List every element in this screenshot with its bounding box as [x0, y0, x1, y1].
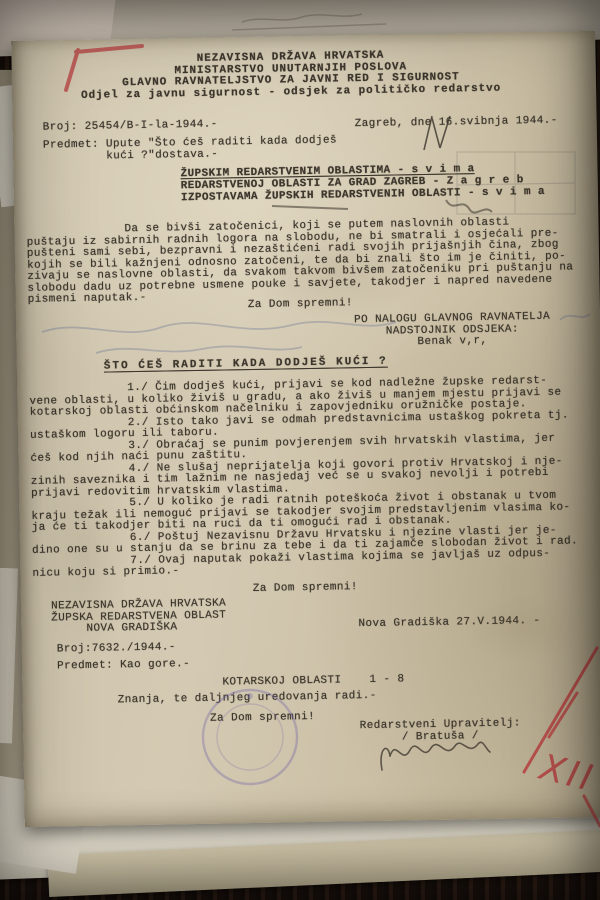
second-reference-number: Broj:7632./1944.- — [57, 642, 176, 656]
subject-line: Predmet: Upute "Što ćeš raditi kada dodj… — [43, 135, 337, 163]
body-paragraph: Da se bivši zatočenici, koji se putem na… — [26, 216, 593, 306]
letterhead: NEZAVISNA DRŽAVA HRVATSKA MINISTARSTVO U… — [11, 47, 570, 103]
instructions-title: ŠTO ĆEŠ RADITI KADA DODJEŠ KUĆI ? — [104, 357, 388, 373]
second-org-block: NEZAVISNA DRŽAVA HRVATSKA ŽUPSKA REDARST… — [51, 598, 227, 636]
salutation-1: Za Dom spremni! — [248, 298, 353, 311]
document-page: NEZAVISNA DRŽAVA HRVATSKA MINISTARSTVO U… — [11, 31, 600, 827]
salutation-2: Za Dom spremni! — [253, 582, 358, 595]
salutation-3: Za Dom spremni! — [210, 712, 315, 725]
second-subject-line: Predmet: Kao gore.- — [57, 659, 190, 673]
photo-of-document: NEZAVISNA DRŽAVA HRVATSKA MINISTARSTVO U… — [0, 0, 600, 900]
signoff-block: PO NALOGU GLAVNOG RAVNATELJA NADSTOJNIK … — [316, 311, 589, 350]
instruction-list: 1./ Čim dodješ kući, prijavi se kod nadl… — [29, 375, 600, 580]
second-note: Znanja, te daljnjeg uredovanja radi.- — [118, 691, 377, 707]
second-place-date: Nova Gradiška 27.V.1944. - — [358, 616, 540, 631]
signer-name: / Bratuša / — [355, 730, 525, 744]
place-date-line: Zagreb, dne 16.svibnja 1944.- — [355, 116, 558, 131]
second-addressee: KOTARSKOJ OBLASTI 1 - 8 — [222, 674, 404, 689]
reference-number: Broj: 25454/B-I-la-1944.- — [43, 120, 218, 135]
